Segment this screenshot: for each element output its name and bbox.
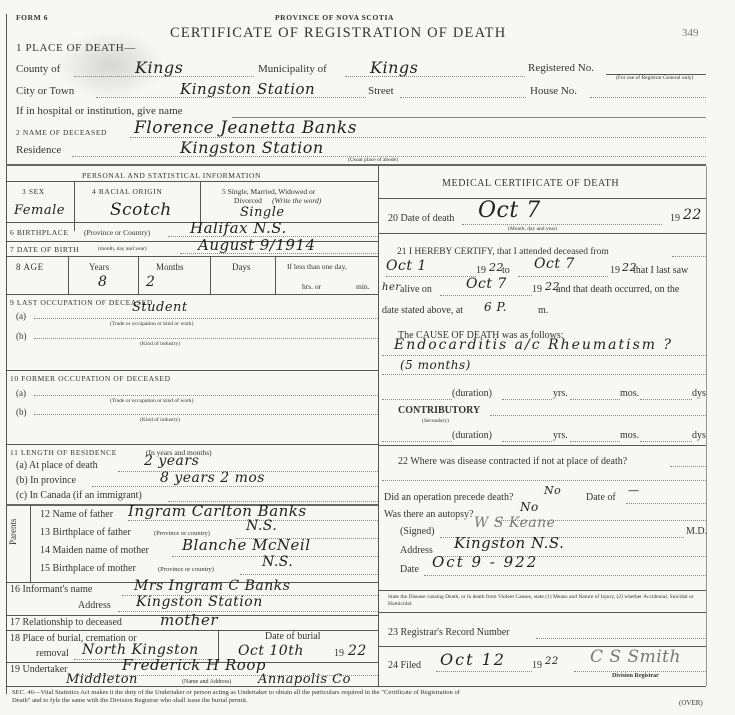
minutes-label: min. <box>356 282 370 291</box>
registered-no-note: (For use of Registrar General only) <box>616 75 693 81</box>
in-province-label: (b) In province <box>16 475 76 486</box>
informant-name-value: Mrs Ingram C Banks <box>134 578 290 594</box>
duration-dys-label: dys <box>692 388 706 399</box>
informant-address-label: Address <box>78 600 111 611</box>
contributory-mos-label: mos. <box>620 430 639 441</box>
years-value: 8 <box>98 274 107 290</box>
house-no-label: House No. <box>530 85 577 97</box>
autopsy-value: No <box>520 500 539 514</box>
sex-label: 3 SEX <box>22 187 45 196</box>
date-of-death-year: 22 <box>683 207 702 223</box>
alive-year-prefix: 19 <box>532 284 542 295</box>
time-suffix: m. <box>538 305 548 316</box>
death-certificate: FORM 6 PROVINCE OF NOVA SCOTIA CERTIFICA… <box>0 0 735 715</box>
contributory-duration-label: (duration) <box>452 430 492 441</box>
date-of-death-value: Oct 7 <box>478 198 541 223</box>
months-label: Months <box>156 262 184 272</box>
birthplace-label: 6 BIRTHPLACE <box>10 228 69 237</box>
alive-on-label: alive on <box>400 284 432 295</box>
residence-note: (Usual place of abode) <box>348 157 398 163</box>
burial-year-prefix: 19 <box>334 648 344 659</box>
last-occupation-b-label: (b) <box>16 331 27 341</box>
date-of-death-year-prefix: 19 <box>670 213 680 224</box>
column-divider <box>378 166 379 686</box>
father-birthplace-value: N.S. <box>246 518 277 534</box>
burial-date-label: Date of burial <box>265 631 321 642</box>
undertaker-address-2: Annapolis Co <box>258 672 351 687</box>
at-place-of-death-value: 2 years <box>144 453 199 469</box>
father-name-value: Ingram Carlton Banks <box>128 502 307 520</box>
record-number-label: 23 Registrar's Record Number <box>388 627 510 638</box>
place-of-death-label: 1 PLACE OF DEATH— <box>16 42 136 54</box>
municipality-value: Kings <box>370 58 418 77</box>
months-value: 2 <box>146 274 155 290</box>
removal-label: removal <box>36 648 69 659</box>
undertaker-note: (Name and Address) <box>182 679 231 685</box>
marital-status-label: 5 Single, Married, Widowed or <box>222 187 315 196</box>
operation-value: No <box>544 484 561 497</box>
alive-on-value: Oct 7 <box>466 276 507 292</box>
length-of-residence-label: 11 LENGTH OF RESIDENCE <box>10 448 117 457</box>
father-name-label: 12 Name of father <box>40 509 113 520</box>
certificate-date-value: Oct 9 - 922 <box>432 553 538 571</box>
former-occupation-b-label: (b) <box>16 407 27 417</box>
sec-46-text-2: Death" and to fyle the same with the Div… <box>12 697 248 704</box>
hours-label: hrs. or <box>302 282 321 291</box>
last-occupation-a-value: Student <box>132 300 188 315</box>
years-label: Years <box>89 262 109 272</box>
date-stated-label: date stated above, at <box>382 305 463 316</box>
duration-mos-label: mos. <box>620 388 639 399</box>
duration-label: (duration) <box>452 388 492 399</box>
sec-46-text-1: SEC. 46—Vital Statistics Act makes it th… <box>12 689 460 696</box>
physician-signature: W S Keane <box>474 515 555 531</box>
md-label: M.D. <box>686 526 707 537</box>
filed-year-prefix: 19 <box>532 660 542 671</box>
signed-label: (Signed) <box>400 526 434 537</box>
date-of-death-label: 20 Date of death <box>388 213 454 224</box>
to-label: to <box>502 265 510 276</box>
contributory-note: (Secondary) <box>422 418 449 424</box>
city-label: City or Town <box>16 85 74 97</box>
contributory-label: CONTRIBUTORY <box>398 405 480 416</box>
less-than-day-label: If less than one day, <box>287 262 347 271</box>
in-canada-label: (c) In Canada (if an immigrant) <box>16 490 142 501</box>
age-label: 8 AGE <box>16 262 44 272</box>
birthplace-value: Halifax N.S. <box>190 219 287 237</box>
physician-address-label: Address <box>400 545 433 556</box>
date-of-birth-note: (month, day and year) <box>98 246 147 252</box>
marital-status-label-2: Divorced <box>234 196 262 205</box>
former-occupation-a-label: (a) <box>16 388 26 398</box>
left-border <box>6 14 7 694</box>
cause-line-2: (5 months) <box>400 358 471 372</box>
at-place-of-death-label: (a) At place of death <box>16 460 98 471</box>
date-of-birth-value: August 9/1914 <box>198 236 316 254</box>
province-title: PROVINCE OF NOVA SCOTIA <box>275 13 394 22</box>
county-label: County of <box>16 63 60 75</box>
attended-to-value: Oct 7 <box>534 256 575 272</box>
operation-date-value: — <box>628 484 640 497</box>
deceased-name-label: 2 NAME OF DECEASED <box>16 128 107 137</box>
filed-label: 24 Filed <box>388 660 421 671</box>
registrar-signature: C S Smith <box>590 647 681 667</box>
mother-birthplace-label: 15 Birthplace of mother <box>40 563 136 574</box>
mother-birthplace-value: N.S. <box>262 554 293 570</box>
industry-note: (Kind of industry) <box>140 341 180 347</box>
last-saw-label: that I last saw <box>633 265 688 276</box>
informant-name-label: 16 Informant's name <box>10 584 92 595</box>
residence-label: Residence <box>16 144 61 156</box>
operation-label: Did an operation precede death? <box>384 492 513 503</box>
personal-section-title: PERSONAL AND STATISTICAL INFORMATION <box>82 171 261 180</box>
duration-yrs-label: yrs. <box>553 388 568 399</box>
attended-to-year-prefix: 19 <box>610 265 620 276</box>
street-label: Street <box>368 85 394 97</box>
residence-value: Kingston Station <box>180 138 324 157</box>
certify-label: 21 I HEREBY CERTIFY, that I attended dec… <box>397 247 609 257</box>
cause-line-1: Endocarditis a/c Rheumatism ? <box>394 337 673 353</box>
municipality-label: Municipality of <box>258 63 327 75</box>
burial-year-value: 22 <box>348 643 367 659</box>
contracted-label: 22 Where was disease contracted if not a… <box>398 456 627 467</box>
pronoun-value: her <box>382 282 401 293</box>
undertaker-address-1: Middleton <box>66 672 138 687</box>
marital-status-value: Single <box>240 205 285 220</box>
form-number: FORM 6 <box>16 13 48 22</box>
trade-note: (Trade or occupation or kind or work) <box>110 321 194 327</box>
medical-section-title: MEDICAL CERTIFICATE OF DEATH <box>442 178 619 189</box>
mother-maiden-value: Blanche McNeil <box>182 536 311 554</box>
hospital-label: If in hospital or institution, give name <box>16 105 183 117</box>
former-trade-note: (Trade or occupation or kind of work) <box>110 398 194 404</box>
relationship-value: mother <box>160 611 218 629</box>
relationship-label: 17 Relationship to deceased <box>10 617 122 628</box>
contributory-dys-label: dys <box>692 430 706 441</box>
filed-year: 22 <box>545 656 559 667</box>
in-province-value: 8 years 2 mos <box>160 470 265 486</box>
registered-no-label: Registered No. <box>528 62 594 74</box>
physician-address-value: Kingston N.S. <box>454 534 564 552</box>
filed-value: Oct 12 <box>440 650 506 669</box>
death-occurred-label: and that death occurred, on the <box>556 284 679 295</box>
former-industry-note: (Kind of industry) <box>140 417 180 423</box>
former-occupation-label: 10 FORMER OCCUPATION OF DECEASED <box>10 374 171 383</box>
marital-status-note: (Write the word) <box>272 196 321 205</box>
mother-birthplace-note: (Province or country) <box>158 566 214 573</box>
time-value: 6 P. <box>484 300 507 314</box>
racial-origin-value: Scotch <box>110 200 172 220</box>
cause-footnote: State the Disease causing Death, or in d… <box>388 594 702 608</box>
last-occupation-a-label: (a) <box>16 311 26 321</box>
undertaker-label: 19 Undertaker <box>10 664 67 675</box>
registrar-title: Division Registrar <box>612 673 659 679</box>
birthplace-note: (Province or Country) <box>84 228 150 237</box>
page-title: CERTIFICATE OF REGISTRATION OF DEATH <box>170 25 506 42</box>
contributory-yrs-label: yrs. <box>553 430 568 441</box>
parents-side-label: Parents <box>8 519 18 546</box>
sex-value: Female <box>14 203 65 218</box>
days-label: Days <box>232 262 251 272</box>
attended-from-year-prefix: 19 <box>476 265 486 276</box>
city-value: Kingston Station <box>180 80 315 98</box>
racial-origin-label: 4 RACIAL ORIGIN <box>92 187 162 196</box>
undertaker-value: Frederick H Roop <box>122 656 266 674</box>
father-birthplace-label: 13 Birthplace of father <box>40 527 131 538</box>
operation-date-label: Date of <box>586 492 616 503</box>
date-of-birth-label: 7 DATE OF BIRTH <box>10 245 79 254</box>
certificate-date-label: Date <box>400 564 419 575</box>
date-of-death-note: (Month, day and year) <box>508 226 557 232</box>
informant-address-value: Kingston Station <box>136 594 263 610</box>
attended-from-value: Oct 1 <box>386 258 427 274</box>
mother-maiden-label: 14 Maiden name of mother <box>40 545 149 556</box>
over-label: (OVER) <box>679 699 703 707</box>
stamp-number: 349 <box>682 27 699 39</box>
deceased-name-value: Florence Jeanetta Banks <box>134 118 357 138</box>
autopsy-label: Was there an autopsy? <box>384 509 473 520</box>
county-value: Kings <box>135 58 183 77</box>
